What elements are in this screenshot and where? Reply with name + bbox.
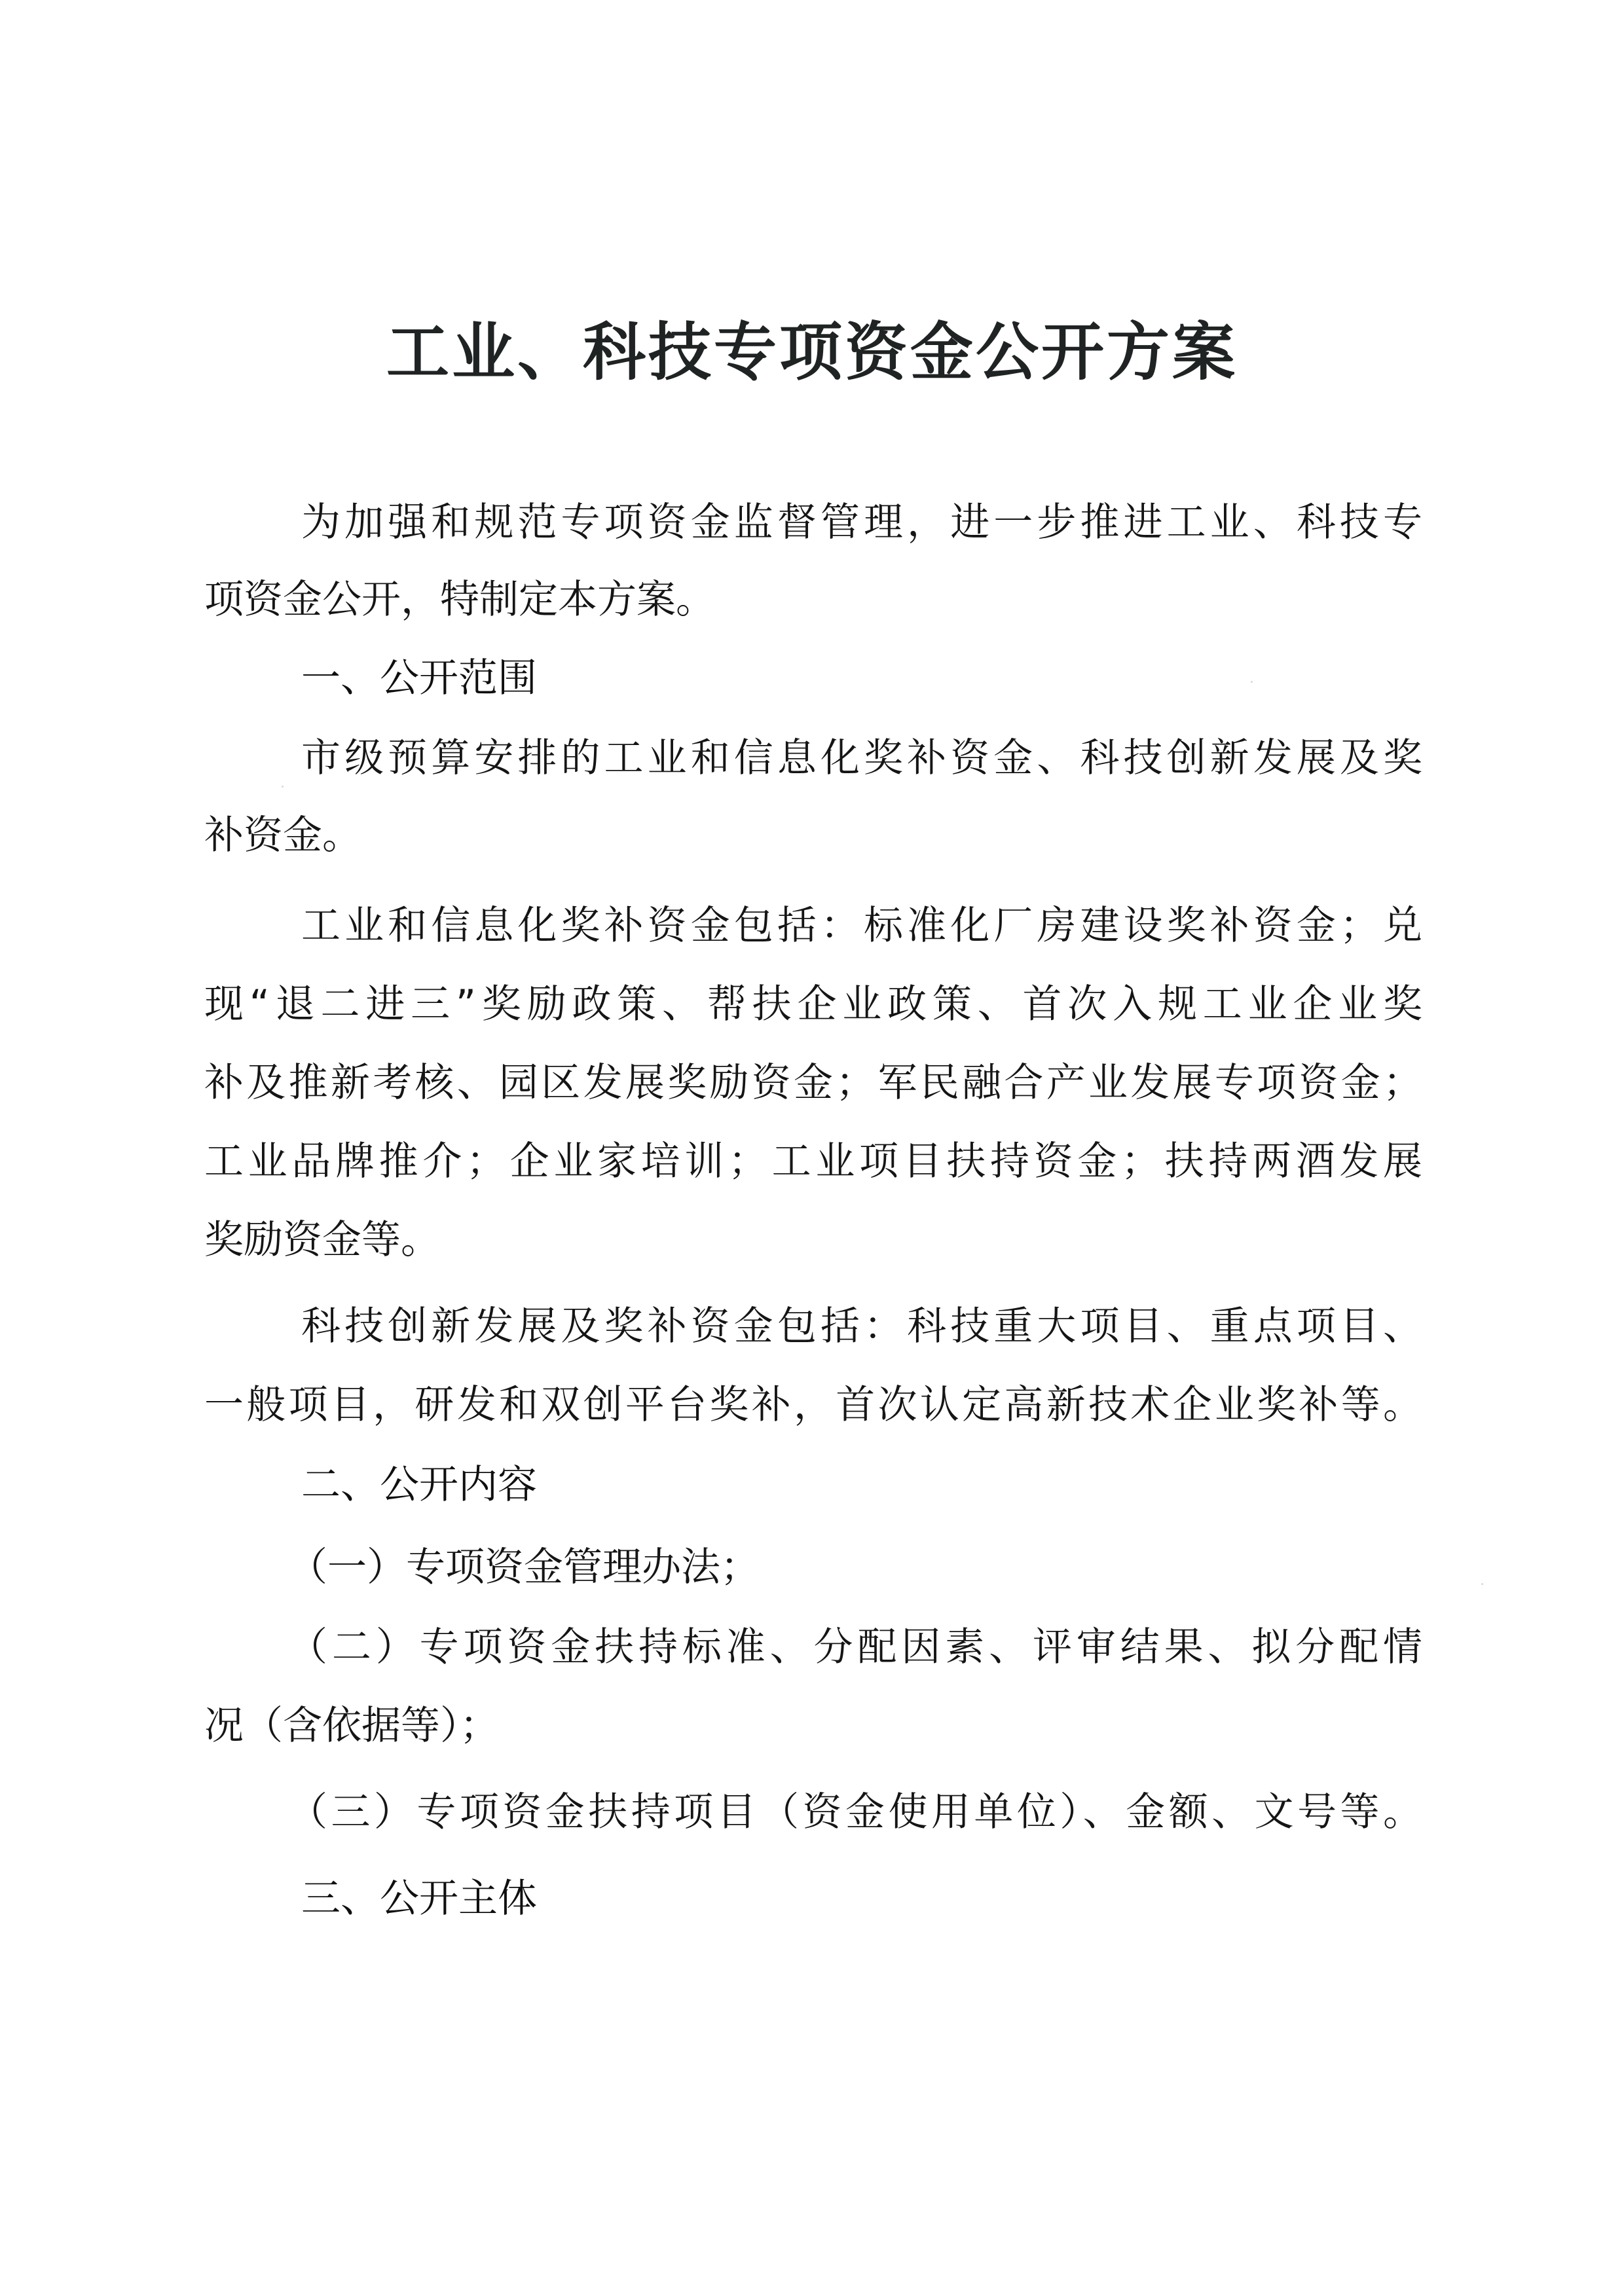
scope-para1-line-2: 补资金。 <box>204 809 1422 862</box>
section-heading-subject: 三、公开主体 <box>301 1872 537 1925</box>
content-item-2-line-1: （二）专项资金扶持标准、分配因素、评审结果、拟分配情 <box>288 1621 1422 1673</box>
scope-para3-line-2: 一般项目，研发和双创平台奖补，首次认定高新技术企业奖补等。 <box>204 1379 1422 1431</box>
scan-speck <box>282 786 284 788</box>
scan-speck <box>1251 681 1253 683</box>
content-item-2-line-2: 况（含依据等）； <box>204 1700 1422 1752</box>
section-heading-scope: 一、公开范围 <box>301 652 537 704</box>
content-item-3: （三）专项资金扶持项目（资金使用单位）、金额、文号等。 <box>288 1786 1422 1838</box>
intro-line-2: 项资金公开，特制定本方案。 <box>204 574 1422 626</box>
content-item-1: （一）专项资金管理办法； <box>288 1541 1506 1594</box>
scope-para2-line-4: 工业品牌推介；企业家培训；工业项目扶持资金；扶持两酒发展 <box>204 1135 1422 1188</box>
scope-para3-line-1: 科技创新发展及奖补资金包括：科技重大项目、重点项目、 <box>301 1300 1422 1353</box>
scan-speck <box>1481 1583 1483 1585</box>
scope-para1-line-1: 市级预算安排的工业和信息化奖补资金、科技创新发展及奖 <box>301 732 1422 784</box>
scope-para2-line-3: 补及推新考核、园区发展奖励资金；军民融合产业发展专项资金； <box>204 1057 1422 1109</box>
document-title: 工业、科技专项资金公开方案 <box>0 313 1624 392</box>
scope-para2-line-5: 奖励资金等。 <box>204 1214 1422 1266</box>
document-page: 工业、科技专项资金公开方案 为加强和规范专项资金监督管理，进一步推进工业、科技专… <box>0 0 1624 2296</box>
intro-line-1: 为加强和规范专项资金监督管理，进一步推进工业、科技专 <box>301 496 1422 549</box>
scope-para2-line-2: 现“退二进三”奖励政策、帮扶企业政策、首次入规工业企业奖 <box>204 978 1422 1030</box>
section-heading-content: 二、公开内容 <box>301 1459 537 1511</box>
scope-para2-line-1: 工业和信息化奖补资金包括：标准化厂房建设奖补资金；兑 <box>301 900 1422 952</box>
